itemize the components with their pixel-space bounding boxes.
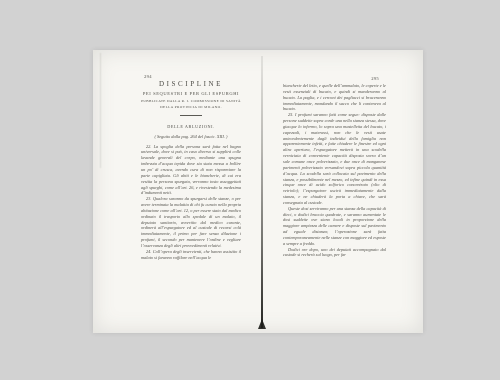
left-page: 294 DISCIPLINE PEI SEQUESTRI E PER GLI E…: [141, 74, 241, 260]
body-paragraph: biancherie del letto, e quelle dell’amma…: [283, 83, 386, 112]
scanned-book-screenshot: { "left_page": { "page_number": "294", "…: [0, 0, 500, 380]
page-subtitle-2: PUBBLICATE DALLA R. I. COMMISSIONE DI SA…: [141, 99, 241, 103]
section-heading: DELLE ABLUZIONI.: [141, 124, 241, 129]
scanned-page-spread: 294 DISCIPLINE PEI SEQUESTRI E PER GLI E…: [93, 50, 423, 333]
page-subtitle-3: DELLA PROVINCIA DI MILANO.: [141, 105, 241, 109]
right-page-body-text: biancherie del letto, e quelle dell’amma…: [283, 83, 386, 258]
body-paragraph: 25. I profumi saranno fatti come segue: …: [283, 112, 386, 206]
page-title: DISCIPLINE: [141, 80, 241, 88]
title-divider-rule: [180, 115, 202, 116]
scan-background: 294 DISCIPLINE PEI SEQUESTRI E PER GLI E…: [0, 0, 500, 380]
right-page-number: 295: [371, 76, 379, 81]
right-page: 295 biancherie del letto, e quelle dell’…: [283, 76, 386, 258]
body-paragraph: 22. La spoglia della persona sarà fatta …: [141, 144, 241, 197]
left-page-number: 294: [144, 74, 152, 79]
page-subtitle-1: PEI SEQUESTRI E PER GLI ESPURGHI: [141, 91, 241, 96]
body-paragraph: 23. Qualora saranno da spurgarsi delle s…: [141, 196, 241, 249]
body-paragraph: 24. Coll’opera degli inservienti, che ha…: [141, 249, 241, 261]
body-paragraph: Queste dosi serviranno per una stanza de…: [283, 206, 386, 247]
binding-gutter-ink-line: [261, 56, 263, 328]
continuation-note: ( Seguito dalla pag. 264 del fascic. XII…: [141, 134, 241, 139]
body-paragraph: Dodici ore dopo, uno dei deputati accomp…: [283, 247, 386, 259]
paper-crease: [100, 53, 101, 168]
left-page-body-text: 22. La spoglia della persona sarà fatta …: [141, 144, 241, 261]
